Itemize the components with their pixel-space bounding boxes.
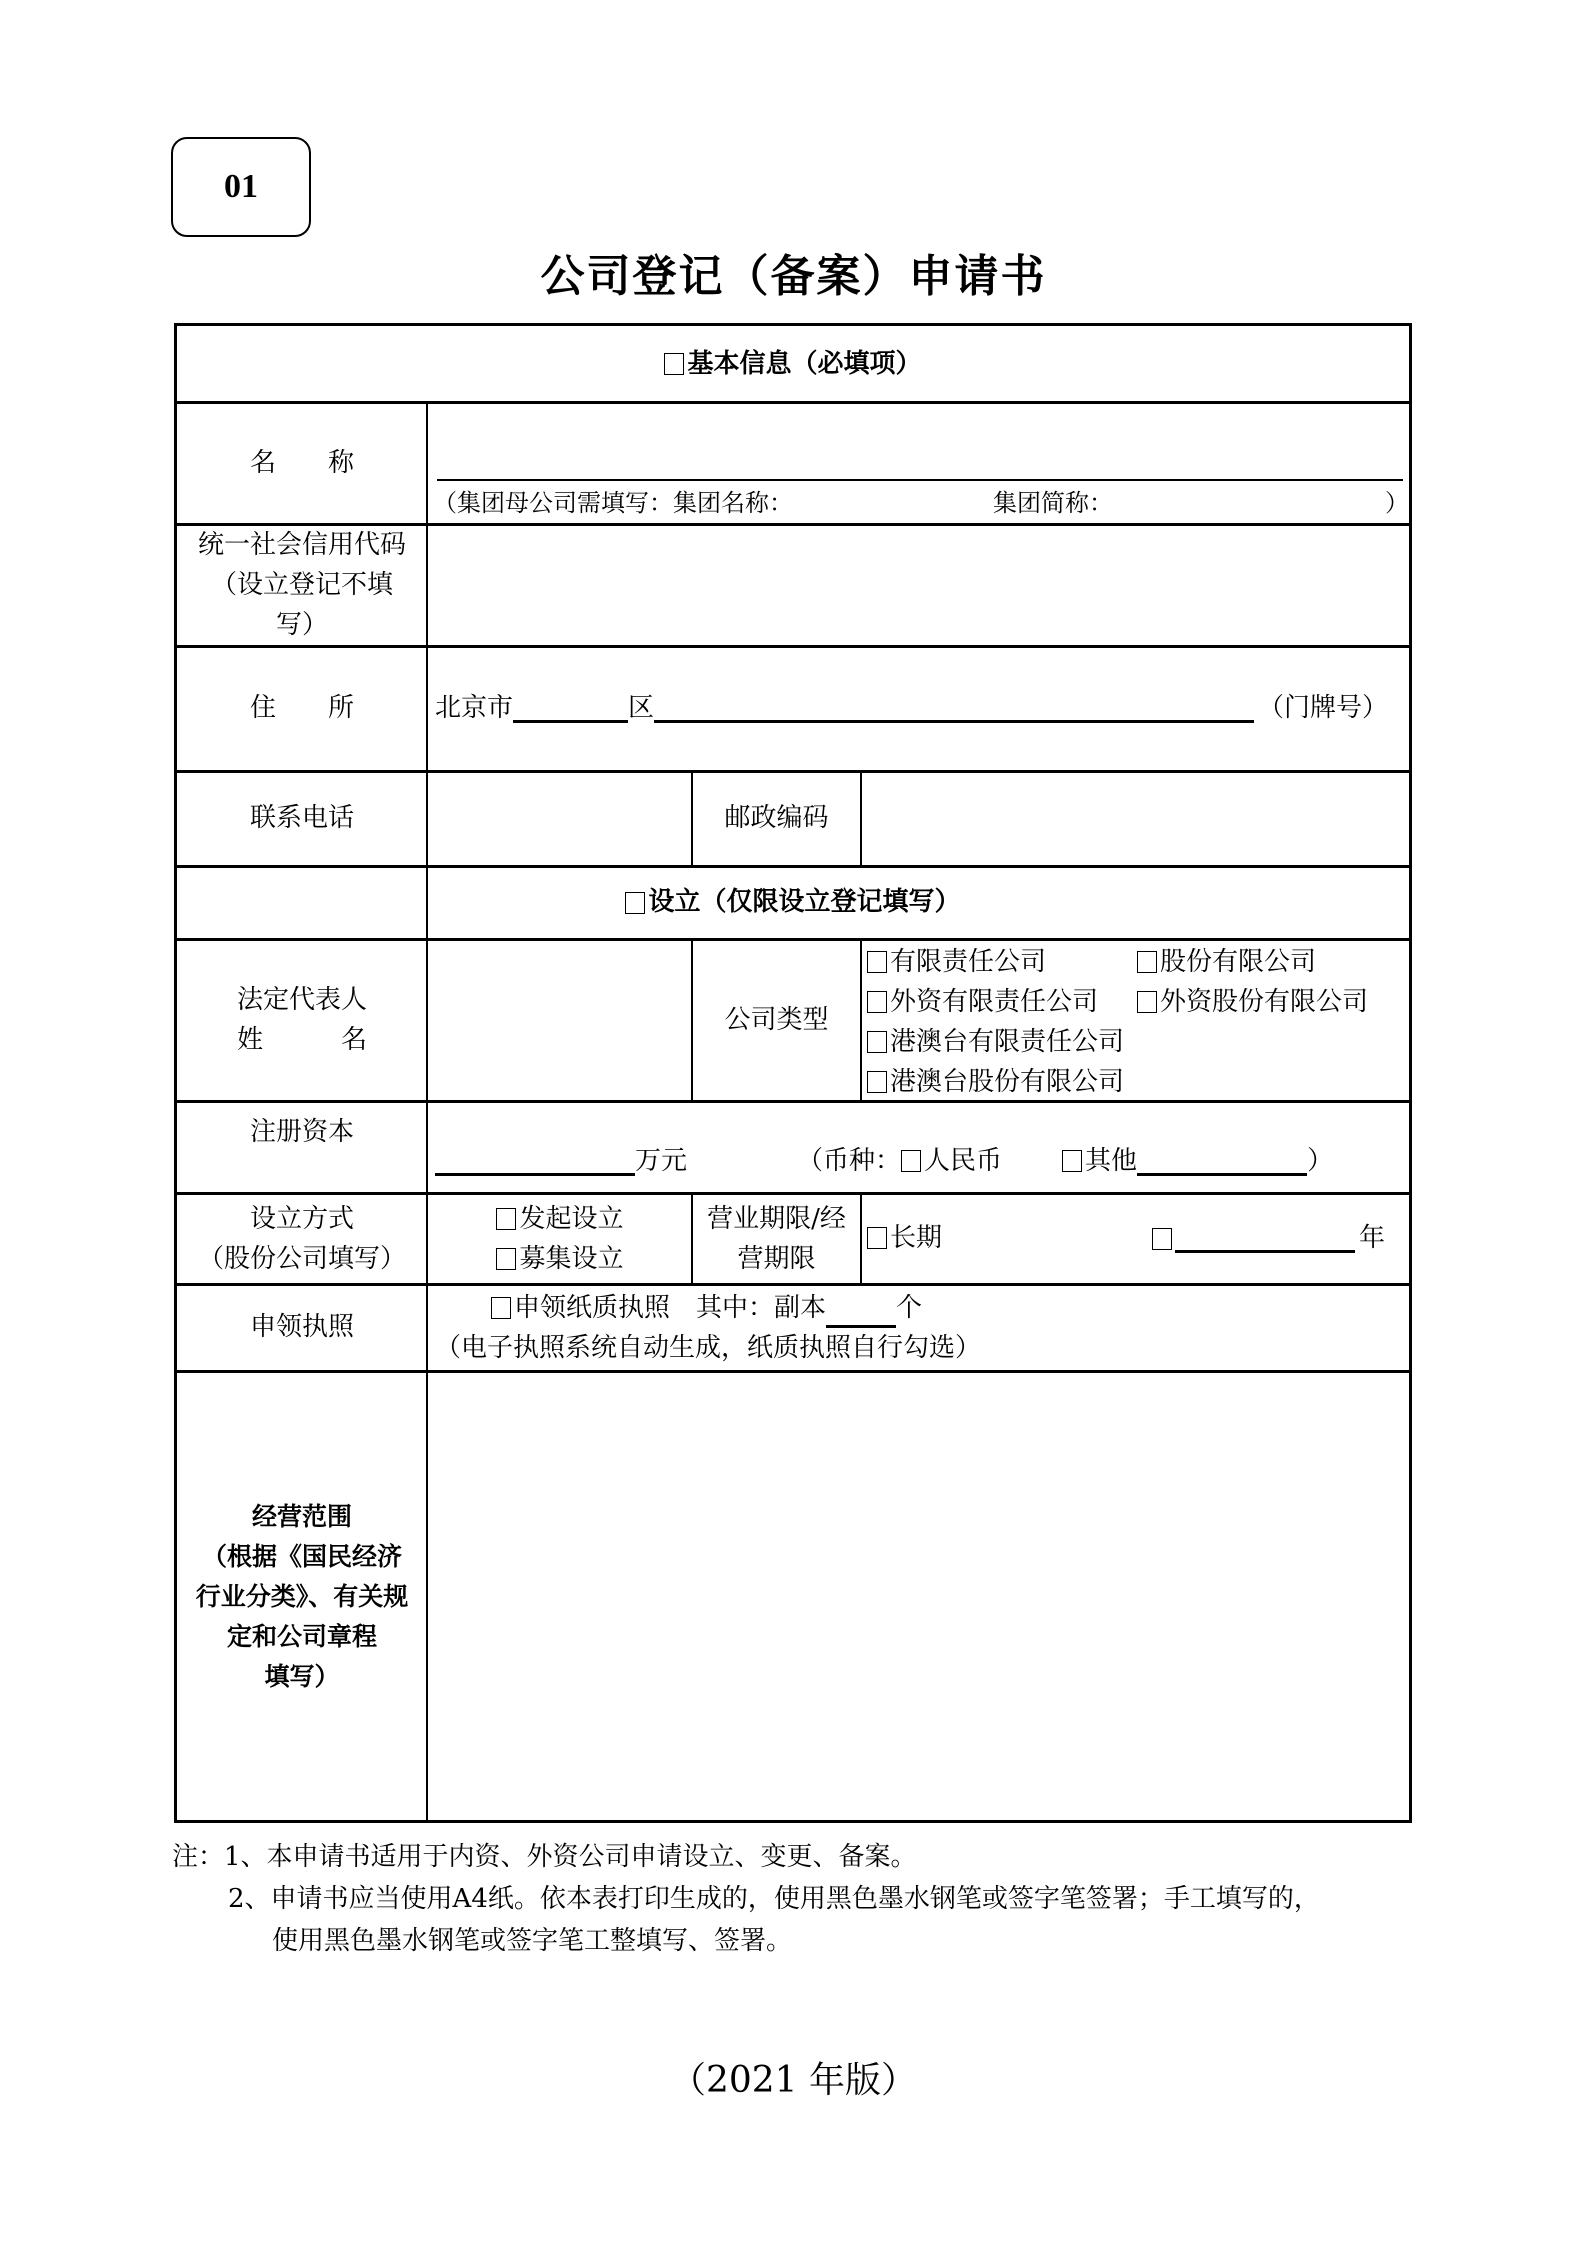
credit-code-line-3: 写） bbox=[276, 605, 328, 645]
capital-field: 万元 （币种： 人民币 其他 ） bbox=[435, 1131, 1409, 1191]
option-long-term[interactable]: 长期 bbox=[867, 1219, 942, 1258]
section-setup-label: 设立（仅限设立登记填写） bbox=[648, 883, 960, 922]
section-basic-checkbox[interactable] bbox=[664, 353, 684, 375]
currency-other-option[interactable]: 其他 bbox=[1062, 1142, 1137, 1181]
credit-code-input[interactable] bbox=[429, 524, 1409, 645]
option-label: 港澳台股份有限公司 bbox=[890, 1067, 1124, 1097]
postal-input[interactable] bbox=[863, 771, 1409, 865]
checkbox[interactable] bbox=[496, 1248, 516, 1270]
license-option-label: 申领纸质执照 其中：副本 bbox=[514, 1293, 826, 1323]
term-years-input[interactable] bbox=[1175, 1224, 1355, 1253]
section-setup-checkbox[interactable] bbox=[625, 892, 645, 914]
form-number: 01 bbox=[224, 168, 258, 206]
license-copies-input[interactable] bbox=[826, 1299, 896, 1328]
address-label: 住 所 bbox=[177, 646, 427, 771]
license-paper-checkbox[interactable] bbox=[491, 1297, 511, 1319]
legal-rep-input[interactable] bbox=[429, 939, 691, 1100]
notes: 注：1、本申请书适用于内资、外资公司申请设立、变更、备案。 2、申请书应当使用A… bbox=[172, 1836, 1320, 1962]
option-label: 港澳台有限责任公司 bbox=[890, 1027, 1124, 1057]
address-suffix: （门牌号） bbox=[1258, 689, 1388, 728]
checkbox[interactable] bbox=[496, 1208, 516, 1230]
district-input[interactable] bbox=[513, 694, 628, 723]
note-2-cont: 使用黑色墨水钢笔或签字笔工整填写、签署。 bbox=[172, 1920, 1320, 1962]
business-scope-label: 经营范围 （根据《国民经济 行业分类》、有关规 定和公司章程 填写） bbox=[177, 1371, 427, 1823]
street-input[interactable] bbox=[654, 694, 1254, 723]
scope-line-2: （根据《国民经济 bbox=[202, 1537, 402, 1577]
term-options: 长期 年 bbox=[867, 1193, 1407, 1284]
checkbox[interactable] bbox=[867, 1031, 887, 1053]
credit-code-line-2: （设立登记不填 bbox=[211, 565, 393, 605]
term-label: 营业期限/经 营期限 bbox=[692, 1193, 861, 1284]
scope-line-5: 填写） bbox=[264, 1657, 339, 1697]
company-type-label: 公司类型 bbox=[692, 939, 861, 1101]
option-label: 长期 bbox=[890, 1223, 942, 1253]
setup-method-line-1: 设立方式 bbox=[250, 1199, 354, 1239]
address-field: 北京市 区 （门牌号） bbox=[435, 646, 1409, 771]
checkbox[interactable] bbox=[867, 991, 887, 1013]
postal-label: 邮政编码 bbox=[692, 771, 861, 866]
business-scope-input[interactable] bbox=[429, 1371, 1409, 1821]
license-label: 申领执照 bbox=[177, 1284, 427, 1371]
currency-label: （币种： bbox=[797, 1142, 901, 1181]
setup-method-label: 设立方式 （股份公司填写） bbox=[177, 1193, 427, 1284]
section-setup[interactable]: 设立（仅限设立登记填写） bbox=[177, 866, 1409, 939]
edition-label: （2021 年版） bbox=[0, 2052, 1587, 2103]
checkbox[interactable] bbox=[901, 1150, 921, 1172]
page-title: 公司登记（备案）申请书 bbox=[0, 240, 1587, 304]
group-short-label: 集团简称： bbox=[993, 485, 1113, 521]
option-hmt-llc[interactable]: 港澳台有限责任公司 bbox=[867, 1022, 1407, 1062]
checkbox[interactable] bbox=[1137, 951, 1157, 973]
option-label: 人民币 bbox=[924, 1146, 1002, 1176]
section-basic-label: 基本信息（必填项） bbox=[687, 345, 921, 384]
currency-close: ） bbox=[1307, 1142, 1333, 1181]
license-note: （电子执照系统自动生成，纸质执照自行勾选） bbox=[435, 1328, 1409, 1368]
option-label: 募集设立 bbox=[519, 1244, 623, 1274]
option-subscription[interactable]: 募集设立 bbox=[496, 1239, 623, 1279]
option-joint-stock[interactable]: 股份有限公司 bbox=[1137, 947, 1316, 977]
scope-line-1: 经营范围 bbox=[252, 1497, 352, 1537]
option-label: 外资有限责任公司 bbox=[890, 987, 1098, 1017]
option-llc[interactable]: 有限责任公司 bbox=[867, 942, 1137, 982]
checkbox[interactable] bbox=[867, 1071, 887, 1093]
term-years-checkbox[interactable] bbox=[1152, 1228, 1172, 1250]
option-hmt-joint-stock[interactable]: 港澳台股份有限公司 bbox=[867, 1062, 1407, 1102]
option-foreign-joint-stock[interactable]: 外资股份有限公司 bbox=[1137, 987, 1368, 1017]
group-name-note: （集团母公司需填写：集团名称： 集团简称： ） bbox=[433, 484, 1409, 522]
name-input-line[interactable] bbox=[437, 479, 1403, 481]
application-form-table: 基本信息（必填项） 名 称 （集团母公司需填写：集团名称： 集团简称： ） 统一… bbox=[174, 323, 1412, 1823]
group-close-paren: ） bbox=[1385, 485, 1409, 521]
option-label: 有限责任公司 bbox=[890, 947, 1046, 977]
phone-input[interactable] bbox=[429, 771, 691, 865]
credit-code-line-1: 统一社会信用代码 bbox=[198, 525, 406, 565]
setup-method-line-2: （股份公司填写） bbox=[198, 1239, 406, 1279]
option-label: 其他 bbox=[1085, 1146, 1137, 1176]
name-label: 名 称 bbox=[177, 402, 427, 524]
checkbox[interactable] bbox=[867, 1227, 887, 1249]
option-label: 股份有限公司 bbox=[1160, 947, 1316, 977]
address-district: 区 bbox=[628, 689, 654, 728]
checkbox[interactable] bbox=[1062, 1150, 1082, 1172]
currency-other-input[interactable] bbox=[1137, 1147, 1307, 1176]
legal-rep-label: 法定代表人 姓 名 bbox=[177, 939, 427, 1101]
option-promotion[interactable]: 发起设立 bbox=[496, 1199, 623, 1239]
phone-label: 联系电话 bbox=[177, 771, 427, 866]
scope-line-4: 定和公司章程 bbox=[227, 1617, 377, 1657]
scope-line-3: 行业分类》、有关规 bbox=[196, 1577, 409, 1617]
credit-code-label: 统一社会信用代码 （设立登记不填 写） bbox=[177, 524, 427, 646]
setup-method-options: 发起设立 募集设立 bbox=[429, 1193, 691, 1284]
option-label: 发起设立 bbox=[519, 1204, 623, 1234]
checkbox[interactable] bbox=[867, 951, 887, 973]
legal-rep-line-1: 法定代表人 bbox=[237, 980, 367, 1020]
note-1: 注：1、本申请书适用于内资、外资公司申请设立、变更、备案。 bbox=[172, 1836, 1320, 1878]
license-unit: 个 bbox=[896, 1293, 922, 1323]
option-label: 外资股份有限公司 bbox=[1160, 987, 1368, 1017]
section-basic-info[interactable]: 基本信息（必填项） bbox=[177, 326, 1409, 402]
term-line-2: 营期限 bbox=[737, 1239, 815, 1279]
checkbox[interactable] bbox=[1137, 991, 1157, 1013]
legal-rep-line-2: 姓 名 bbox=[237, 1020, 367, 1060]
capital-unit: 万元 bbox=[635, 1142, 687, 1181]
capital-amount-input[interactable] bbox=[435, 1147, 635, 1176]
license-field: 申领纸质执照 其中：副本个 （电子执照系统自动生成，纸质执照自行勾选） bbox=[435, 1288, 1409, 1368]
company-type-options: 有限责任公司股份有限公司 外资有限责任公司外资股份有限公司 港澳台有限责任公司 … bbox=[867, 942, 1407, 1102]
term-year-unit: 年 bbox=[1359, 1219, 1385, 1258]
capital-label: 注册资本 bbox=[177, 1101, 427, 1163]
currency-rmb-option[interactable]: 人民币 bbox=[901, 1142, 1002, 1181]
form-number-badge: 01 bbox=[171, 137, 311, 237]
address-city: 北京市 bbox=[435, 689, 513, 728]
note-2: 2、申请书应当使用A4纸。依本表打印生成的，使用黑色墨水钢笔或签字笔签署；手工填… bbox=[172, 1878, 1320, 1920]
term-line-1: 营业期限/经 bbox=[707, 1199, 846, 1239]
group-name-label: （集团母公司需填写：集团名称： bbox=[433, 485, 793, 521]
option-foreign-llc[interactable]: 外资有限责任公司 bbox=[867, 982, 1137, 1022]
